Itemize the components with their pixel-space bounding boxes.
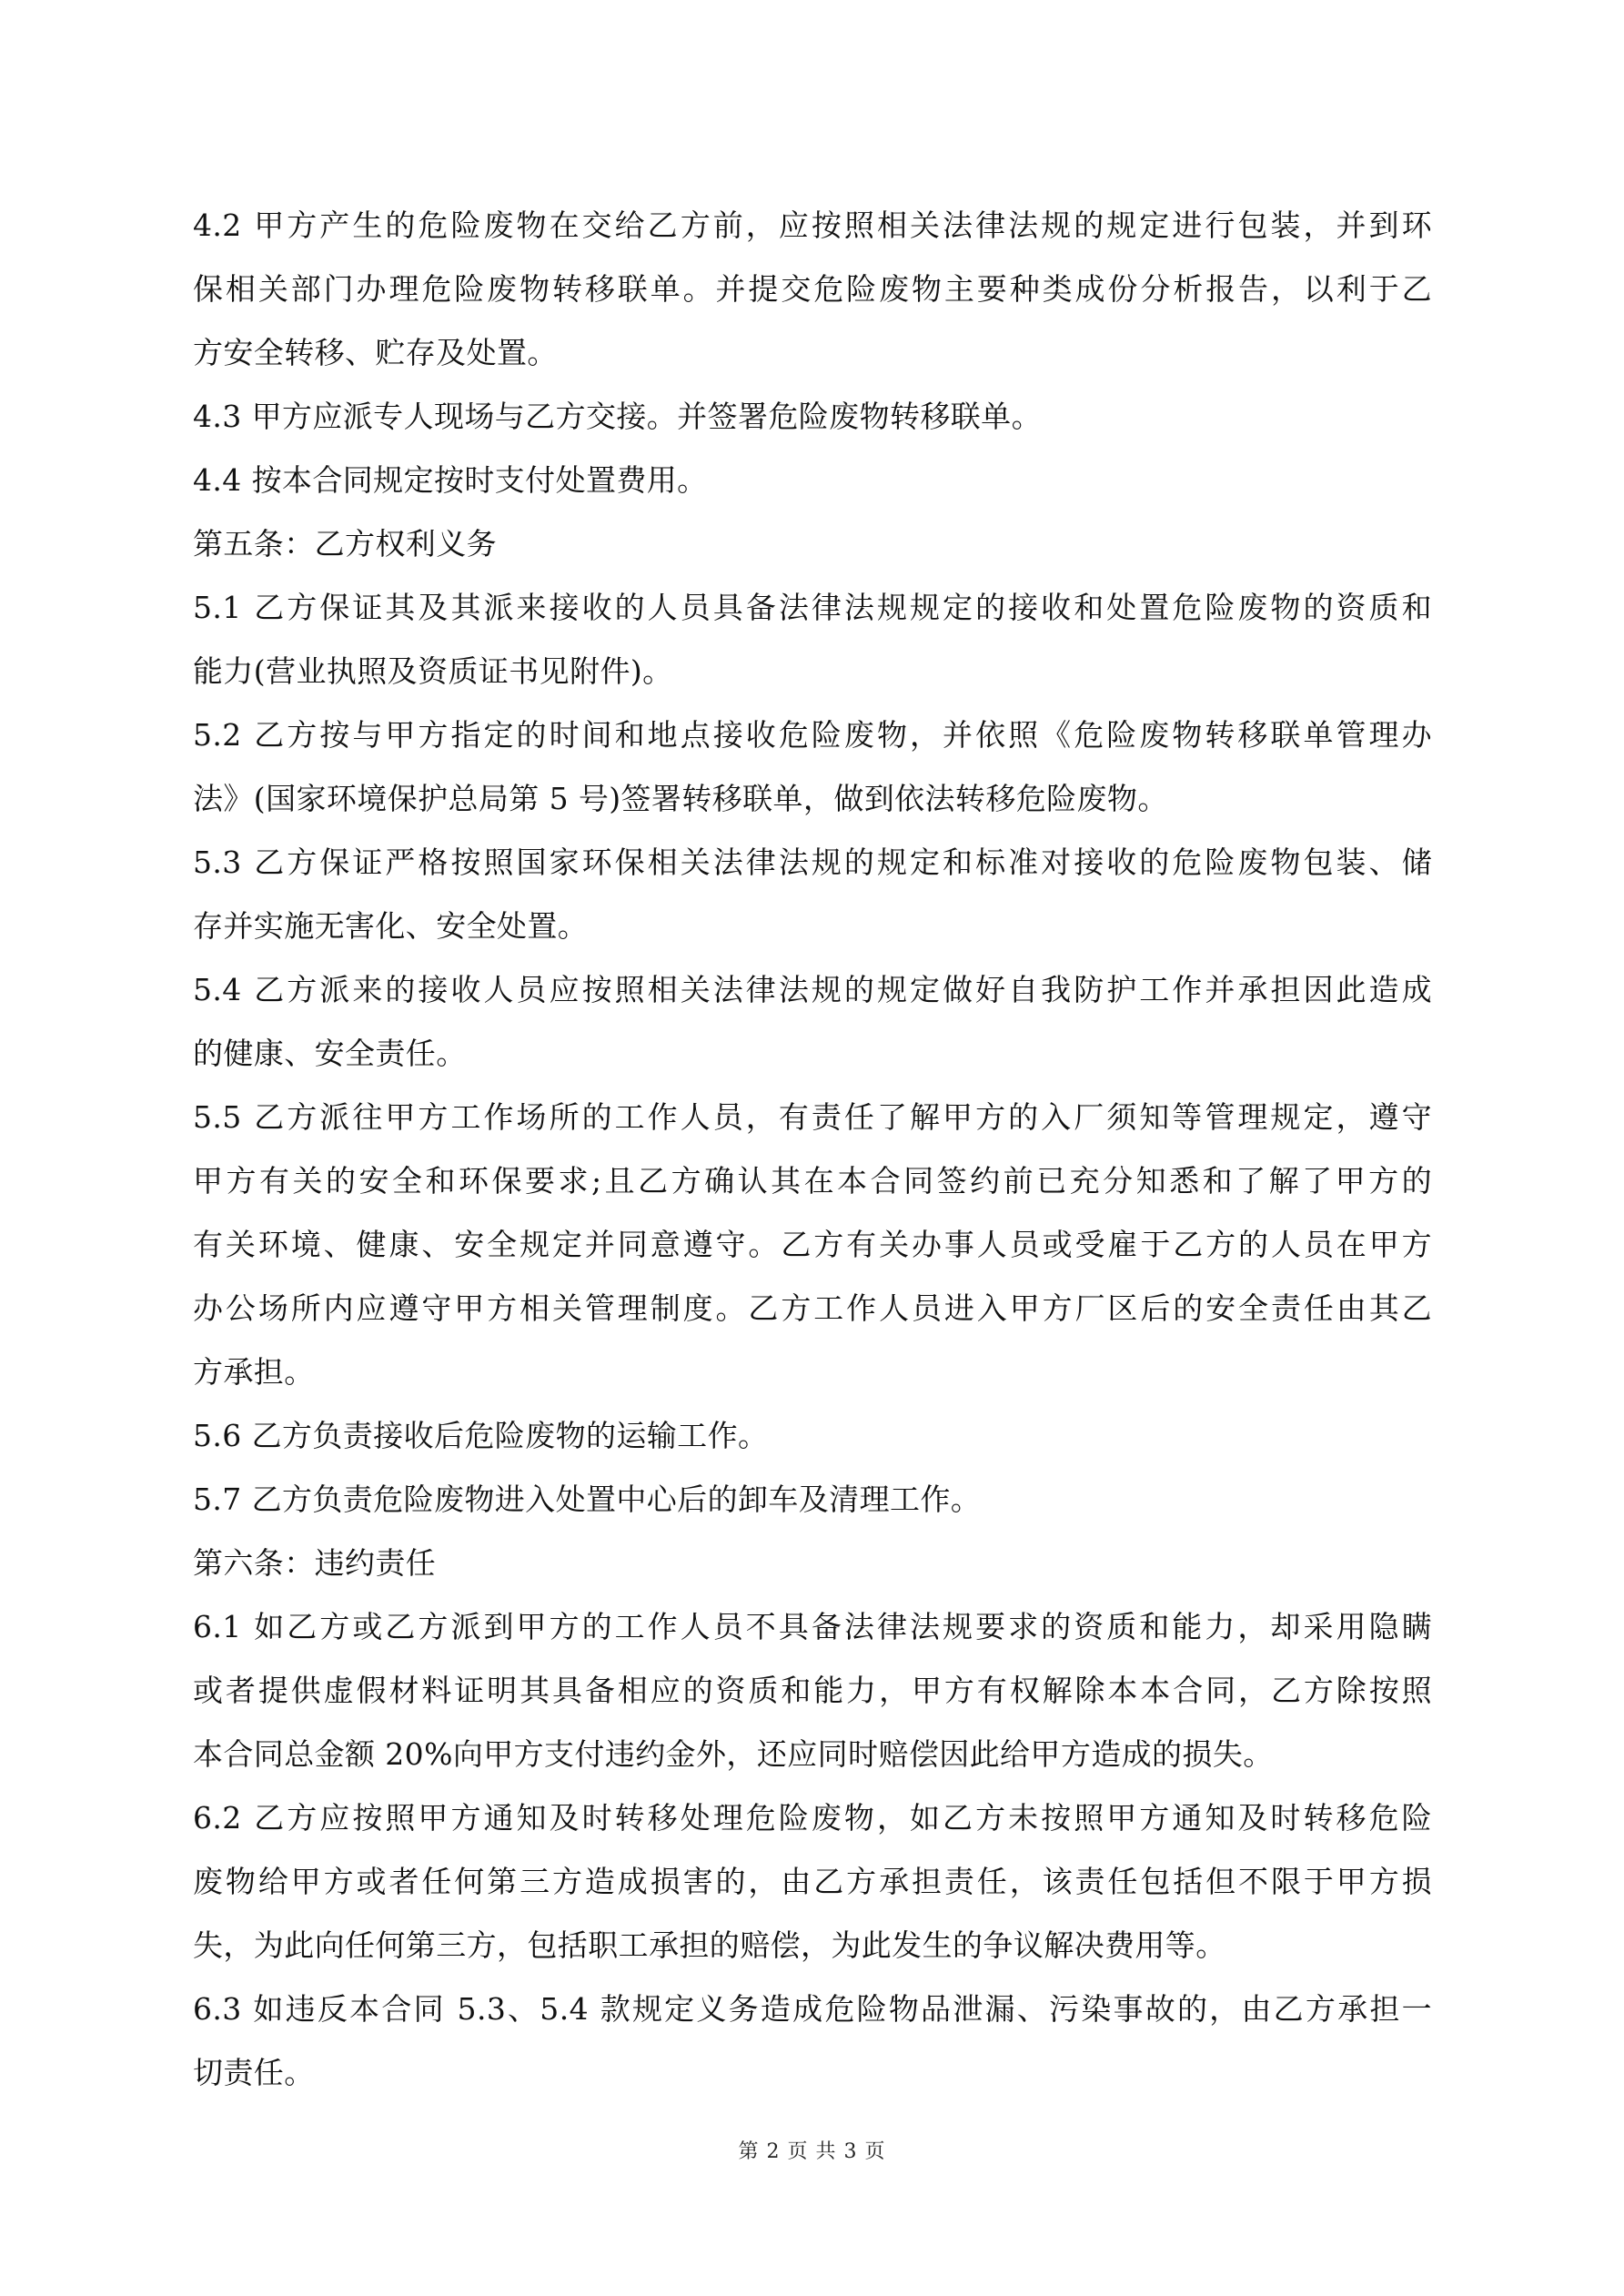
clause-5-5-line-4: 办公场所内应遵守甲方相关管理制度。乙方工作人员进入甲方厂区后的安全责任由其乙 [193,1277,1432,1340]
clause-5-4-line-1: 5.4 乙方派来的接收人员应按照相关法律法规的规定做好自我防护工作并承担因此造成 [193,958,1432,1022]
clause-5-1-line-1: 5.1 乙方保证其及其派来接收的人员具备法律法规规定的接收和处置危险废物的资质和 [193,576,1432,640]
clause-5-4-line-2: 的健康、安全责任。 [193,1022,1432,1086]
clause-5-6: 5.6 乙方负责接收后危险废物的运输工作。 [193,1404,1432,1468]
clause-6-3-line-2: 切责任。 [193,2041,1432,2105]
clause-6-2-line-2: 废物给甲方或者任何第三方造成损害的，由乙方承担责任，该责任包括但不限于甲方损 [193,1850,1432,1914]
clause-5-5-line-5: 方承担。 [193,1340,1432,1404]
clause-4-2-line-3: 方安全转移、贮存及处置。 [193,321,1432,385]
clause-5-2-line-2: 法》(国家环境保护总局第 5 号)签署转移联单，做到依法转移危险废物。 [193,767,1432,831]
clause-5-5-line-1: 5.5 乙方派往甲方工作场所的工作人员，有责任了解甲方的入厂须知等管理规定，遵守 [193,1086,1432,1149]
clause-6-1-line-3: 本合同总金额 20%向甲方支付违约金外，还应同时赔偿因此给甲方造成的损失。 [193,1723,1432,1786]
clause-4-3: 4.3 甲方应派专人现场与乙方交接。并签署危险废物转移联单。 [193,385,1432,449]
clause-5-2-line-1: 5.2 乙方按与甲方指定的时间和地点接收危险废物，并依照《危险废物转移联单管理办 [193,703,1432,767]
clause-6-2-line-3: 失，为此向任何第三方，包括职工承担的赔偿，为此发生的争议解决费用等。 [193,1914,1432,1977]
clause-5-7: 5.7 乙方负责危险废物进入处置中心后的卸车及清理工作。 [193,1468,1432,1532]
clause-6-2-line-1: 6.2 乙方应按照甲方通知及时转移处理危险废物，如乙方未按照甲方通知及时转移危险 [193,1786,1432,1850]
clause-4-2-line-1: 4.2 甲方产生的危险废物在交给乙方前，应按照相关法律法规的规定进行包装，并到环 [193,194,1432,258]
article-6-heading: 第六条：违约责任 [193,1532,1432,1595]
clause-5-5-line-2: 甲方有关的安全和环保要求;且乙方确认其在本合同签约前已充分知悉和了解了甲方的 [193,1149,1432,1213]
clause-4-4: 4.4 按本合同规定按时支付处置费用。 [193,449,1432,512]
article-5-heading: 第五条：乙方权利义务 [193,512,1432,576]
clause-4-2-line-2: 保相关部门办理危险废物转移联单。并提交危险废物主要种类成份分析报告，以利于乙 [193,258,1432,321]
clause-5-3-line-1: 5.3 乙方保证严格按照国家环保相关法律法规的规定和标准对接收的危险废物包装、储 [193,831,1432,895]
page-number-footer: 第 2 页 共 3 页 [0,2134,1624,2170]
clause-6-3-line-1: 6.3 如违反本合同 5.3、5.4 款规定义务造成危险物品泄漏、污染事故的，由… [193,1977,1432,2041]
clause-5-1-line-2: 能力(营业执照及资质证书见附件)。 [193,640,1432,703]
clause-5-5-line-3: 有关环境、健康、安全规定并同意遵守。乙方有关办事人员或受雇于乙方的人员在甲方 [193,1213,1432,1277]
clause-5-3-line-2: 存并实施无害化、安全处置。 [193,895,1432,958]
clause-6-1-line-2: 或者提供虚假材料证明其具备相应的资质和能力，甲方有权解除本本合同，乙方除按照 [193,1659,1432,1723]
clause-6-1-line-1: 6.1 如乙方或乙方派到甲方的工作人员不具备法律法规要求的资质和能力，却采用隐瞒 [193,1595,1432,1659]
